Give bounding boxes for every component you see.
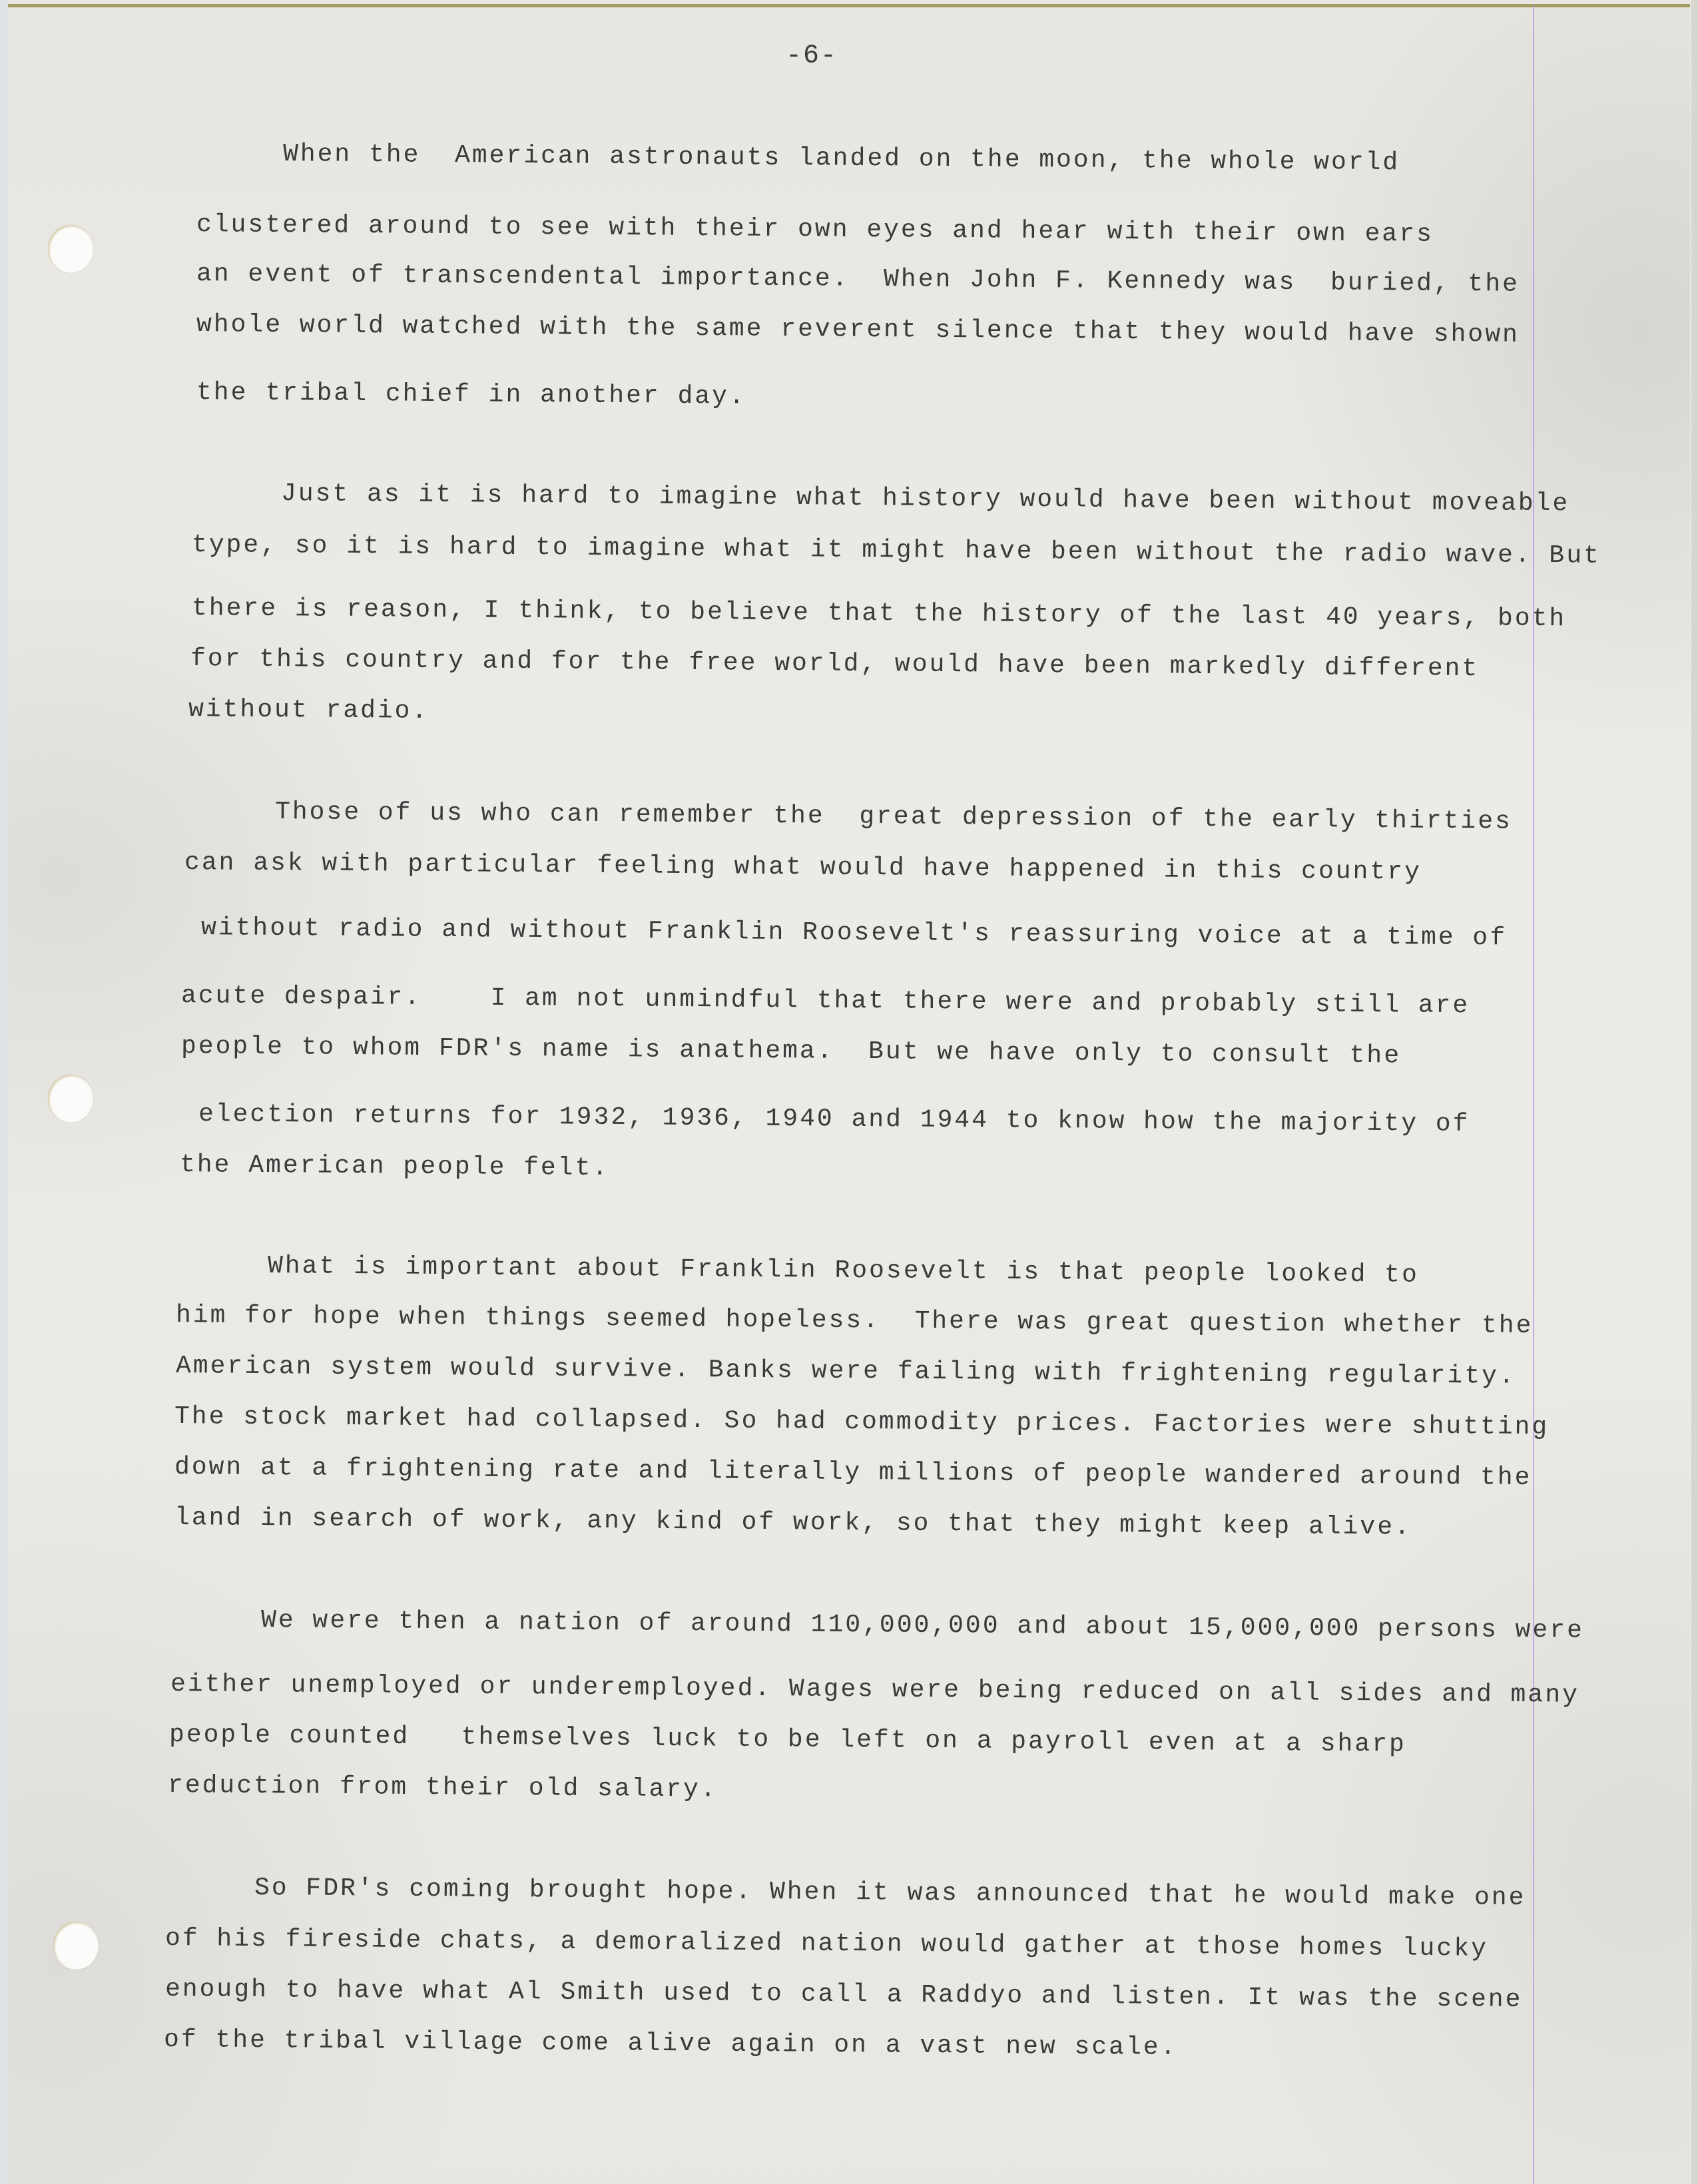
scan-right-edge	[1691, 0, 1698, 2184]
text-line: reduction from their old salary.	[168, 1771, 718, 1804]
margin-rule-line	[1533, 4, 1534, 2184]
punch-hole-icon	[48, 1075, 93, 1123]
text-line: the tribal chief in another day.	[196, 378, 746, 411]
punch-hole-icon	[48, 225, 93, 273]
scan-left-edge	[0, 0, 8, 2184]
page-number: -6-	[786, 41, 838, 71]
text-line: the American people felt.	[180, 1151, 609, 1183]
text-line: without radio.	[188, 695, 429, 726]
punch-hole-icon	[53, 1922, 99, 1970]
